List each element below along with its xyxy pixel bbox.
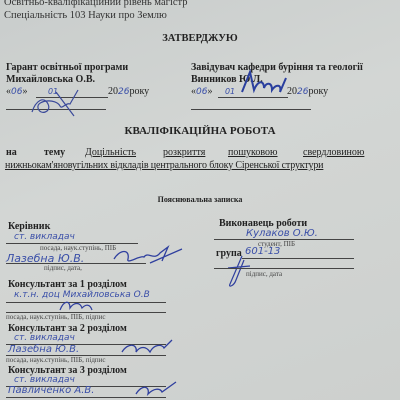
consultant-2-name: Лазебна Ю.В. — [8, 344, 79, 355]
approval-title: ЗАТВЕРДЖУЮ — [0, 33, 400, 44]
topic-word-4: свердловиною — [303, 147, 364, 158]
specialty-line: Спеціальність 103 Науки про Землю — [4, 10, 167, 21]
topic-word-2: розкриття — [163, 147, 205, 158]
explanatory-note-title: Пояснювальна записка — [0, 195, 400, 204]
topic-line-2: нижньокам'яновугільних відкладів централ… — [5, 160, 323, 171]
head-date: «06» 01 — [191, 86, 235, 97]
head-year: 2026року — [287, 86, 328, 97]
head-day: 06 — [196, 87, 207, 97]
work-title: КВАЛІФІКАЦІЙНА РОБОТА — [0, 125, 400, 137]
topic-word-1: Доцільність — [85, 147, 136, 158]
guarantor-day: 06 — [11, 87, 22, 97]
supervisor-position: ст. викладач — [14, 232, 75, 242]
head-signature-icon — [238, 68, 290, 98]
guarantor-role: Гарант освітньої програми — [6, 62, 128, 73]
supervisor-position-caption: посада, наук.ступінь, ПІБ — [40, 244, 116, 252]
guarantor-signature-icon — [26, 82, 86, 118]
head-month: 01 — [225, 87, 235, 96]
topic-on-label: на — [6, 147, 17, 158]
topic-word-3: пошуковою — [228, 147, 278, 158]
consultant-2-value: ст. викладач — [14, 333, 75, 343]
consultant-3-value: ст. викладач — [14, 375, 75, 385]
consultant-2-caption: посада, наук.ступінь, ПІБ, підпис — [6, 356, 106, 364]
supervisor-sign-caption: підпис, дата, — [44, 264, 82, 272]
degree-line: Освітньо-кваліфікаційний рівень магістр — [4, 0, 188, 8]
consultant-1-label: Консультант за 1 розділом — [8, 279, 127, 290]
consultant-1-caption: посада, наук.ступінь, ПІБ, підпис — [6, 313, 106, 321]
topic-label: тему — [44, 147, 65, 158]
consultant-3-name: Павличенко А.В. — [8, 385, 94, 396]
executor-name: Кулаков О.Ю. — [246, 228, 318, 239]
supervisor-label: Керівник — [8, 221, 50, 232]
guarantor-year: 2026року — [108, 86, 149, 97]
executor-sign-caption: підпис, дата — [246, 270, 282, 278]
